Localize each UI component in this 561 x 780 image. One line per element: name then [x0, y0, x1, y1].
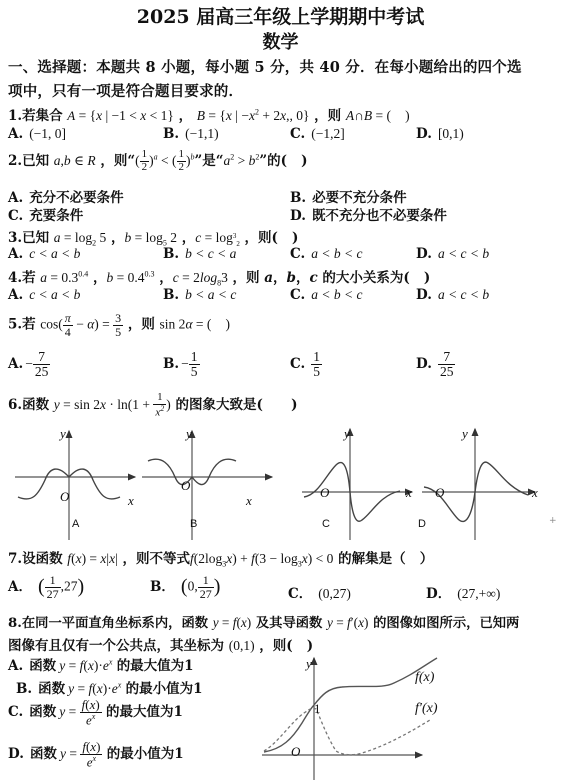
option-label: D．	[426, 586, 451, 602]
graph-option-b[interactable]	[140, 425, 275, 540]
option-text: b < c < a	[185, 246, 236, 261]
option-text-pre: 函数	[29, 658, 56, 674]
option-text: a < c < b	[438, 246, 489, 261]
graph-a-y-label: y	[60, 426, 66, 442]
question-7-stem: 7.设函数 f(x) = x|x| ，则不等式f(2log3x) + f(3 −…	[8, 547, 433, 569]
question-prefix: 已知	[22, 153, 49, 169]
option-sign: −	[25, 356, 33, 371]
f-prime-curve	[264, 708, 430, 755]
option-label: D.	[8, 746, 24, 762]
question-5-option-a[interactable]: A.−725	[8, 350, 50, 379]
graph-d-label: D	[418, 518, 426, 530]
question-2-option-d[interactable]: D.既不充分也不必要条件	[290, 204, 447, 224]
graph-a-x-label: x	[128, 493, 134, 509]
option-text-post: 的最小值为1	[107, 746, 184, 762]
question-number: 5.	[8, 317, 22, 333]
graph-a-label: A	[72, 518, 79, 530]
question-7-option-b[interactable]: B．(0,127)	[150, 574, 220, 600]
question-prefix: 已知	[22, 230, 49, 246]
graph-c-label: C	[322, 518, 330, 530]
question-prefix: 函数	[22, 397, 49, 413]
graph-d-origin-label: O	[435, 485, 444, 501]
option-text-post: 的最大值为1	[117, 658, 194, 674]
question-5-option-d[interactable]: D.725	[416, 350, 455, 379]
question-1-option-c[interactable]: C.(−1,2]	[290, 126, 345, 142]
option-text: a < c < b	[438, 287, 489, 302]
graph-d-y-label: y	[462, 426, 468, 442]
option-label: D.	[416, 246, 432, 262]
f-curve	[264, 658, 437, 752]
option-label: B.	[163, 246, 179, 262]
question-3-option-c[interactable]: C.a < b < c	[290, 246, 362, 262]
question-prefix: 设函数	[22, 551, 63, 567]
option-fraction: 725	[33, 350, 51, 379]
question-4-option-b[interactable]: B.b < a < c	[163, 287, 236, 303]
option-label: C.	[290, 356, 305, 372]
option-text: (−1,1)	[185, 126, 218, 141]
option-label: A.	[8, 356, 23, 372]
option-fraction: 15	[189, 350, 200, 379]
question-8-stem-line1: 8.在同一平面直角坐标系内，函数 y = f(x) 及其导函数 y = f′(x…	[8, 612, 519, 631]
question-7-option-d[interactable]: D．(27,+∞)	[426, 582, 500, 602]
option-text: 充要条件	[29, 208, 83, 224]
option-label: B.	[16, 681, 32, 697]
question-prefix: 若	[22, 317, 36, 333]
option-label: B.	[163, 126, 179, 142]
question-4-option-c[interactable]: C.a < b < c	[290, 287, 362, 303]
option-text: (−1, 0]	[29, 126, 66, 141]
option-label: C.	[8, 208, 23, 224]
q8-point-label: 1	[314, 701, 321, 717]
option-label: A.	[8, 658, 23, 674]
question-number: 8.	[8, 616, 22, 631]
edit-mark: +	[549, 516, 557, 526]
option-label: D.	[290, 208, 306, 224]
option-text: a < b < c	[311, 246, 362, 261]
graph-c-x-label: x	[406, 485, 412, 501]
q8-y-axis-label: y	[306, 656, 312, 672]
question-7-option-c[interactable]: C．(0,27)	[288, 582, 351, 602]
question-6-stem: 6.函数 y = sin 2x · ln(1 + 1x2) 的图象大致是( )	[8, 392, 297, 419]
option-label: B.	[163, 287, 179, 303]
question-number: 2.	[8, 153, 22, 169]
exam-title: 2025 届高三年级上学期期中考试	[0, 2, 561, 29]
option-text-pre: 函数	[29, 704, 56, 720]
option-label: A．	[8, 579, 32, 595]
question-5-stem: 5.若 cos(π4 − α) = 35 ，则 sin 2α = ( )	[8, 312, 230, 338]
question-1-option-b[interactable]: B.(−1,1)	[163, 126, 219, 142]
question-number: 1.	[8, 108, 22, 124]
option-fraction: 725	[438, 350, 456, 379]
option-label: A.	[8, 126, 23, 142]
subject-title: 数学	[0, 28, 561, 54]
option-text: (0,27)	[318, 586, 351, 601]
option-text: (−1,2]	[311, 126, 344, 141]
option-label: C．	[288, 586, 312, 602]
question-2-option-a[interactable]: A.充分不必要条件	[8, 186, 124, 206]
question-2-option-b[interactable]: B.必要不充分条件	[290, 186, 407, 206]
question-5-option-b[interactable]: B.−15	[163, 350, 200, 379]
question-1-option-a[interactable]: A.(−1, 0]	[8, 126, 66, 142]
option-text: 既不充分也不必要条件	[312, 208, 447, 224]
option-text: (27,+∞)	[457, 586, 500, 601]
question-1-option-d[interactable]: D.[0,1)	[416, 126, 464, 142]
option-label: D.	[416, 287, 432, 303]
graph-c-y-label: y	[344, 426, 350, 442]
question-number: 6.	[8, 397, 22, 413]
option-sign: −	[181, 356, 189, 371]
q8-origin-label: O	[291, 744, 300, 760]
question-3-option-d[interactable]: D.a < c < b	[416, 246, 489, 262]
option-fraction: 15	[311, 350, 322, 379]
graph-d-x-label: x	[532, 485, 538, 501]
option-label: C.	[290, 126, 305, 142]
question-3-option-a[interactable]: A.c < a < b	[8, 246, 80, 262]
graph-b-x-label: x	[246, 493, 252, 509]
question-number: 7.	[8, 551, 22, 567]
option-text: c < a < b	[29, 287, 80, 302]
question-1-stem: 1.若集合 A = {x | −1 < x < 1} ， B = {x | −x…	[8, 104, 410, 124]
option-text-post: 的最大值为1	[106, 704, 183, 720]
option-label: D.	[416, 356, 432, 372]
question-8-option-d[interactable]: D.函数y = f(x)ex 的最小值为1	[8, 740, 184, 769]
option-label: C.	[290, 246, 305, 262]
option-label: A.	[8, 246, 23, 262]
question-4-option-d[interactable]: D.a < c < b	[416, 287, 489, 303]
graph-b-y-label: y	[186, 426, 192, 442]
option-label: B.	[163, 356, 179, 372]
question-4-stem: 4.若 a = 0.30.4 ，b = 0.40.3 ，c = 2log83 ，…	[8, 266, 430, 288]
graph-c-origin-label: O	[320, 485, 329, 501]
option-label: C.	[290, 287, 305, 303]
option-text: c < a < b	[29, 246, 80, 261]
question-3-option-b[interactable]: B.b < c < a	[163, 246, 236, 262]
question-8-option-c[interactable]: C.函数y = f(x)ex 的最大值为1	[8, 698, 183, 727]
question-prefix: 若集合	[22, 108, 63, 124]
option-text-pre: 函数	[38, 681, 65, 697]
graph-option-c[interactable]	[300, 425, 420, 540]
question-2-option-c[interactable]: C.充要条件	[8, 204, 83, 224]
question-5-option-c[interactable]: C.15	[290, 350, 322, 379]
section-instructions-line2: 项中，只有一项是符合题目要求的．	[8, 80, 243, 101]
question-8-stem-line2: 图像有且仅有一个公共点，其坐标为 (0,1) ，则( )	[8, 634, 313, 654]
option-label: D.	[416, 126, 432, 142]
option-text: [0,1)	[438, 126, 464, 141]
question-prefix: 若	[22, 270, 36, 286]
option-text: b < a < c	[185, 287, 236, 302]
graph-b-origin-label: O	[181, 478, 190, 494]
question-number: 3.	[8, 230, 22, 246]
option-text-pre: 函数	[30, 746, 57, 762]
question-7-option-a[interactable]: A．(127,27)	[8, 574, 84, 600]
section-instructions-line1: 一、选择题：本题共 8 小题，每小题 5 分，共 40 分．在每小题给出的四个选	[8, 56, 522, 77]
question-8-option-a[interactable]: A.函数y = f(x)·ex 的最大值为1	[8, 654, 194, 674]
question-3-stem: 3.已知 a = log2 5 ，b = log5 2 ，c = log32 ，…	[8, 226, 298, 248]
graph-option-d[interactable]	[420, 425, 545, 540]
graph-a-origin-label: O	[60, 489, 69, 505]
question-8-option-b[interactable]: B.函数y = f(x)·ex 的最小值为1	[16, 677, 203, 697]
option-label: B．	[150, 579, 175, 595]
q8-f-label: f(x)	[415, 670, 434, 686]
option-text: a < b < c	[311, 287, 362, 302]
graph-b-label: B	[190, 518, 197, 530]
question-2-stem: 2.已知 a,b ∈ R ，则“(12)a < (12)b”是“a2 > b2”…	[8, 149, 308, 174]
option-label: A.	[8, 287, 23, 303]
question-4-option-a[interactable]: A.c < a < b	[8, 287, 80, 303]
question-number: 4.	[8, 270, 22, 286]
option-text-post: 的最小值为1	[126, 681, 203, 697]
option-label: C.	[8, 704, 23, 720]
q8-f-prime-label: f′(x)	[415, 701, 438, 717]
